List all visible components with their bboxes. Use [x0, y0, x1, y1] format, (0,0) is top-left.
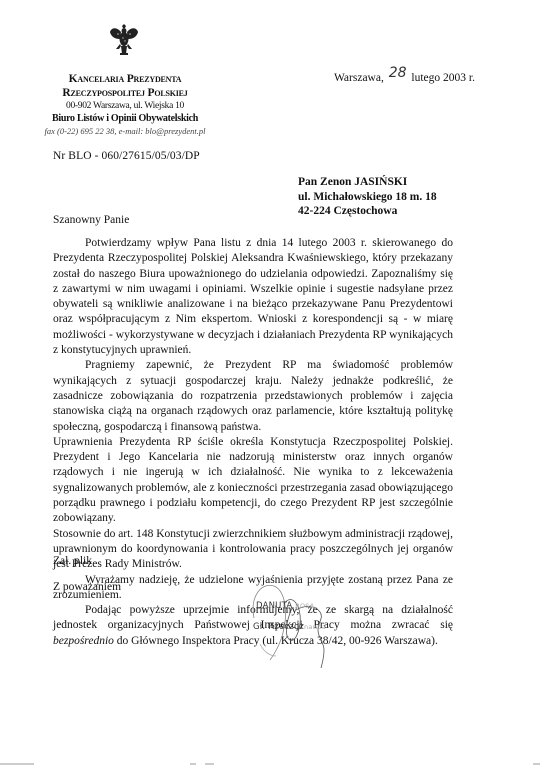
stamp-title: Gł. Rzeczoznawca	[253, 622, 326, 632]
letter-page: Kancelaria Prezydenta Rzeczypospolitej P…	[0, 0, 547, 768]
paragraph: Potwierdzamy wpływ Pana listu z dnia 14 …	[53, 236, 453, 358]
recipient-city: 42-224 Częstochowa	[298, 204, 437, 219]
letterhead: Kancelaria Prezydenta Rzeczypospolitej P…	[30, 72, 220, 137]
recipient-name: Pan Zenon JASIŃSKI	[298, 175, 437, 190]
salutation: Szanowny Panie	[53, 214, 129, 226]
paragraph: Uprawnienia Prezydenta RP ściśle określa…	[53, 435, 453, 527]
date-day-handwritten: 28	[389, 65, 407, 81]
letterhead-chancellery: Kancelaria Prezydenta	[30, 72, 220, 86]
letterhead-contact: fax (0-22) 695 22 38, e-mail: blo@prezyd…	[30, 125, 220, 137]
letterhead-address: 00-902 Warszawa, ul. Wiejska 10	[30, 100, 220, 113]
closing: Z poważaniem	[53, 581, 121, 593]
date-city: Warszawa,	[334, 72, 384, 84]
scan-edge-marks	[0, 760, 547, 768]
stamp-name: DANUTA ROSA	[256, 601, 314, 611]
polish-eagle-emblem-icon	[108, 22, 140, 56]
paragraph: Pragniemy zapewnić, że Prezydent RP ma ś…	[53, 358, 453, 434]
recipient-address: Pan Zenon JASIŃSKI ul. Michałowskiego 18…	[298, 175, 437, 219]
letterhead-office: Biuro Listów i Opinii Obywatelskich	[30, 113, 220, 125]
date-line: Warszawa, 28 lutego 2003 r.	[334, 69, 475, 85]
recipient-street: ul. Michałowskiego 18 m. 18	[298, 190, 437, 205]
date-month-year: lutego 2003 r.	[411, 72, 475, 84]
reference-number: Nr BLO - 060/27615/05/03/DP	[53, 150, 200, 162]
attachment-note: Zał. plik	[53, 555, 92, 567]
letterhead-republic: Rzeczypospolitej Polskiej	[30, 86, 220, 100]
paragraph: Stosownie do art. 148 Konstytucji zwierz…	[53, 527, 453, 573]
paragraph-final-emphasis: bezpośrednio	[53, 635, 114, 647]
